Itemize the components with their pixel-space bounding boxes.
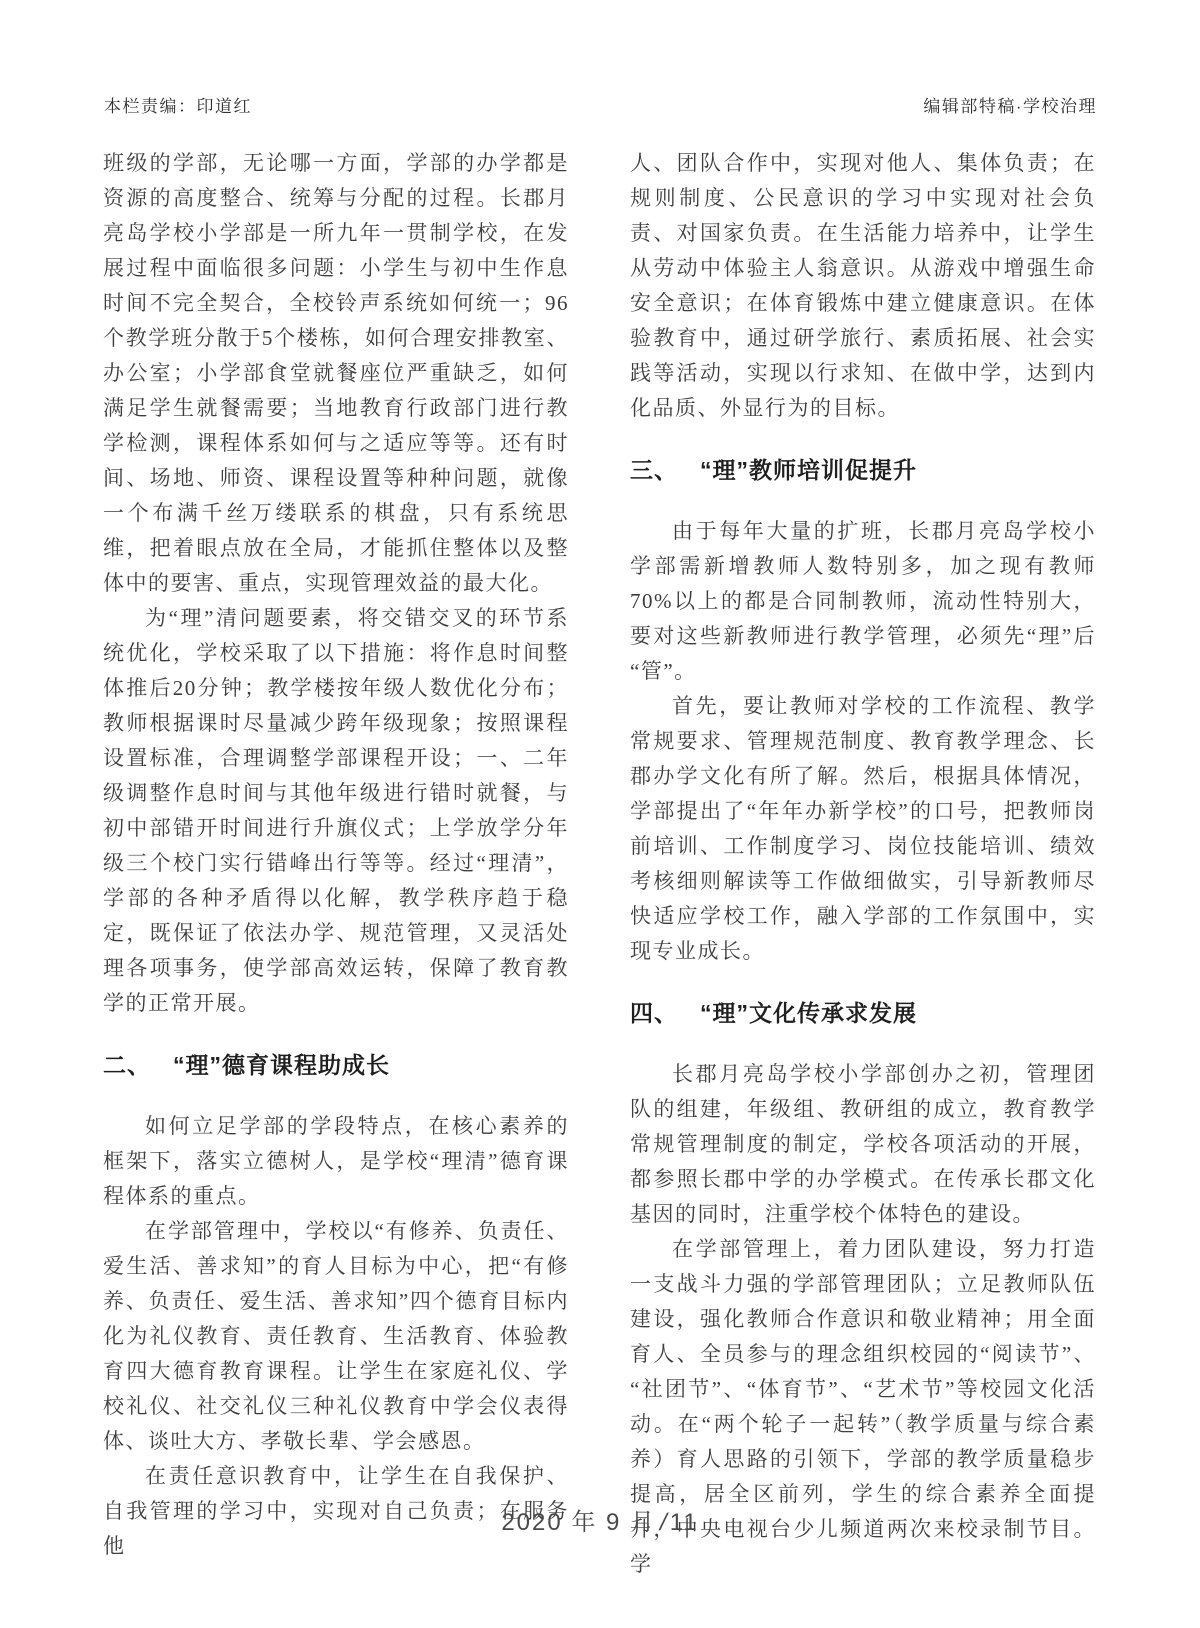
paragraph: 为“理”清问题要素，将交错交叉的环节系统优化，学校采取了以下措施：将作息时间整体… xyxy=(103,601,569,1021)
section-number: 四、 xyxy=(630,995,678,1028)
left-column: 班级的学部，无论哪一方面，学部的办学都是资源的高度整合、统筹与分配的过程。长郡月… xyxy=(103,146,569,1582)
section-heading-culture-heritage: 四、 “理”文化传承求发展 xyxy=(630,995,1096,1028)
paragraph: 长郡月亮岛学校小学部创办之初，管理团队的组建，年级组、教研组的成立，教育教学常规… xyxy=(630,1057,1096,1232)
right-column: 人、团队合作中，实现对他人、集体负责；在规则制度、公民意识的学习中实现对社会负责… xyxy=(630,146,1096,1582)
running-head: 本栏责编：印道红 编辑部特稿·学校治理 xyxy=(104,92,1097,117)
paragraph: 人、团队合作中，实现对他人、集体负责；在规则制度、公民意识的学习中实现对社会负责… xyxy=(630,146,1096,426)
section-header-label: 编辑部特稿·学校治理 xyxy=(923,92,1097,117)
paragraph: 由于每年大量的扩班，长郡月亮岛学校小学部需新增教师人数特别多，加之现有教师70%… xyxy=(630,514,1096,689)
section-title: “理”教师培训促提升 xyxy=(700,452,917,485)
paragraph: 首先，要让教师对学校的工作流程、教学常规要求、管理规范制度、教育教学理念、长郡办… xyxy=(630,689,1096,969)
section-heading-moral-education: 二、 “理”德育课程助成长 xyxy=(103,1047,569,1080)
section-heading-teacher-training: 三、 “理”教师培训促提升 xyxy=(630,452,1096,485)
footer: 2020 年 9 月/11 xyxy=(0,1502,1200,1537)
section-number: 二、 xyxy=(103,1047,151,1080)
section-title: “理”文化传承求发展 xyxy=(700,995,917,1028)
article-body: 班级的学部，无论哪一方面，学部的办学都是资源的高度整合、统筹与分配的过程。长郡月… xyxy=(103,146,1096,1582)
section-title: “理”德育课程助成长 xyxy=(173,1047,390,1080)
footer-page-number: 11 xyxy=(670,1509,699,1536)
paragraph: 如何立足学部的学段特点，在核心素养的框架下，落实立德树人，是学校“理清”德育课程… xyxy=(103,1109,569,1214)
column-editor-label: 本栏责编：印道红 xyxy=(104,92,252,117)
footer-date: 2020 年 9 月 xyxy=(501,1509,656,1536)
magazine-page: 本栏责编：印道红 编辑部特稿·学校治理 班级的学部，无论哪一方面，学部的办学都是… xyxy=(0,0,1200,1628)
paragraph: 班级的学部，无论哪一方面，学部的办学都是资源的高度整合、统筹与分配的过程。长郡月… xyxy=(103,146,569,601)
paragraph: 在学部管理中，学校以“有修养、负责任、爱生活、善求知”的育人目标为中心，把“有修… xyxy=(103,1214,569,1459)
section-number: 三、 xyxy=(630,452,678,485)
